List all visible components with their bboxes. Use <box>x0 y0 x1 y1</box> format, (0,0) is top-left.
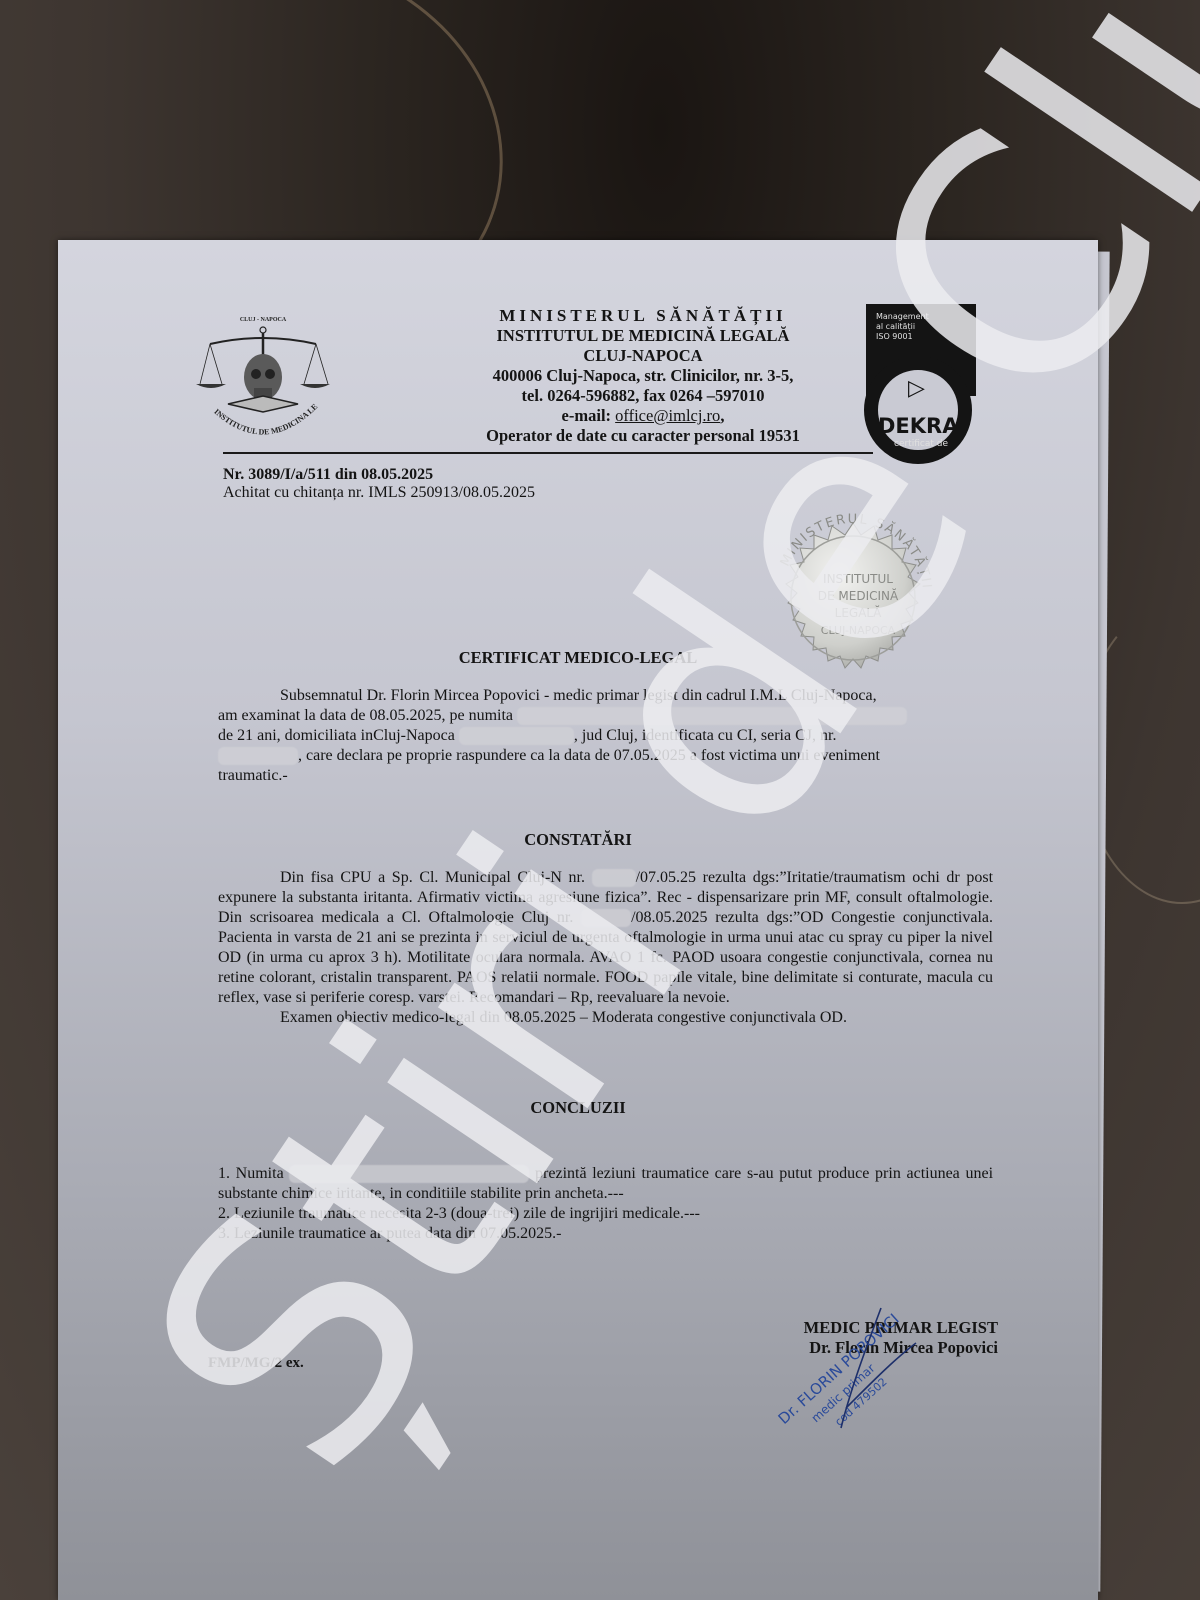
header-divider <box>223 452 873 454</box>
intro-paragraph: Subsemnatul Dr. Florin Mircea Popovici -… <box>218 686 993 786</box>
svg-text:INSTITUTUL: INSTITUTUL <box>823 572 893 586</box>
redacted-id-number <box>218 747 298 765</box>
institute-address: 400006 Cluj-Napoca, str. Clinicilor, nr.… <box>433 366 853 386</box>
svg-text:DE MEDICINĂ: DE MEDICINĂ <box>818 588 899 603</box>
institute-city: CLUJ-NAPOCA <box>433 346 853 366</box>
document-title: CERTIFICAT MEDICO-LEGAL <box>58 648 1098 668</box>
svg-text:Dr. FLORIN POPOVICI: Dr. FLORIN POPOVICI <box>775 1310 903 1428</box>
institute-logo-icon: CLUJ - NAPOCA INSTITUTUL DE MEDICINA LEG… <box>188 312 338 452</box>
redacted-letter-number <box>581 909 631 927</box>
conclusions-title: CONCLUZII <box>58 1098 1098 1118</box>
svg-text:CLUJ-NAPOCA: CLUJ-NAPOCA <box>821 624 896 637</box>
email-link[interactable]: office@imlcj.ro <box>615 406 720 425</box>
ministry-name: MINISTERUL SĂNĂTĂȚII <box>433 306 853 326</box>
data-operator-number: Operator de date cu caracter personal 19… <box>433 426 853 446</box>
dekra-brand: DEKRA <box>878 414 958 438</box>
dekra-sub: certificat de <box>894 439 948 449</box>
institute-email-line: e-mail: office@imlcj.ro, <box>433 406 853 426</box>
doctor-stamp-icon: Dr. FLORIN POPOVICI medic primar cod 479… <box>746 1288 926 1438</box>
institute-name: INSTITUTUL DE MEDICINĂ LEGALĂ <box>433 326 853 346</box>
findings-title: CONSTATĂRI <box>58 830 1098 850</box>
redacted-name <box>517 707 907 725</box>
registration-number: Nr. 3089/I/a/511 din 08.05.2025 <box>223 466 535 484</box>
email-label: e-mail: <box>562 406 616 425</box>
conclusion-item: 2. Leziunile traumatice necesita 2-3 (do… <box>218 1204 993 1224</box>
findings-paragraph: Din fisa CPU a Sp. Cl. Municipal Cluj-N … <box>218 868 993 1028</box>
conclusion-item: 1. Numita prezintă leziuni traumatice ca… <box>218 1164 993 1204</box>
institute-phone-fax: tel. 0264-596882, fax 0264 –597010 <box>433 386 853 406</box>
document-code: FMP/MG/2 ex. <box>208 1355 304 1372</box>
conclusion-item: 3. Leziunile traumatice ar putea data di… <box>218 1224 993 1244</box>
reference-block: Nr. 3089/I/a/511 din 08.05.2025 Achitat … <box>223 466 535 502</box>
conclusions-list: 1. Numita prezintă leziuni traumatice ca… <box>218 1164 993 1244</box>
redacted-name <box>289 1165 529 1183</box>
svg-text:LEGALĂ: LEGALĂ <box>835 605 882 620</box>
dekra-arrow-icon: ▷ <box>908 376 925 401</box>
redacted-address <box>459 727 574 745</box>
receipt-line: Achitat cu chitanța nr. IMLS 250913/08.0… <box>223 484 535 502</box>
dekra-certification-badge: Management al calității ISO 9001 ▷ DEKRA… <box>866 304 976 464</box>
svg-text:CLUJ - NAPOCA: CLUJ - NAPOCA <box>240 317 287 323</box>
certificate-page: CLUJ - NAPOCA INSTITUTUL DE MEDICINA LEG… <box>58 240 1098 1600</box>
redacted-cpu-number <box>592 869 636 887</box>
letterhead: MINISTERUL SĂNĂTĂȚII INSTITUTUL DE MEDIC… <box>433 306 853 446</box>
